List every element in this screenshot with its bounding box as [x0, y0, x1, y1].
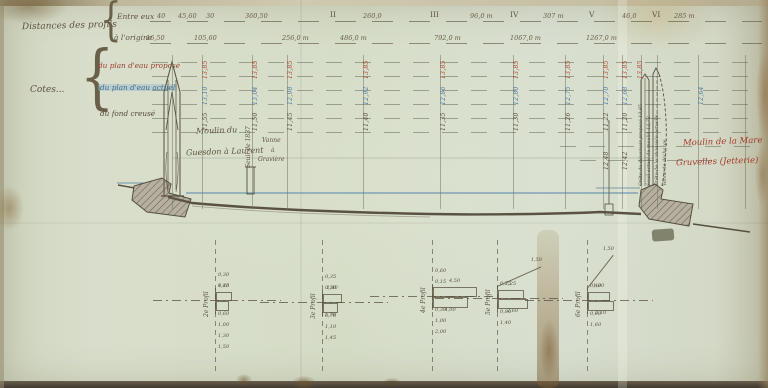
station-cote-proposed: 13,85: [638, 60, 644, 79]
right-tower-annotation: Seuil actuel du moulin 12,72: [648, 116, 653, 186]
distance-value-entre-eux: 307 m: [543, 13, 564, 20]
distance-value-entre-eux: 30: [206, 13, 214, 20]
sluice-label-line3: Gravière: [258, 157, 285, 163]
section-depth-value: 0,60: [218, 312, 229, 317]
section-channel-top: [323, 294, 342, 303]
left-weir-masonry: [132, 178, 191, 217]
right-tower-annotation: Crête de la chaussée actuelle: [656, 114, 661, 186]
station-cote-bottom: 11,50: [253, 112, 259, 131]
station-cote-proposed: 13,85: [253, 60, 259, 79]
station-cote-proposed: 13,85: [604, 60, 610, 79]
section-embankment-value: 1,50: [531, 258, 542, 263]
station-cote-bottom: 11,55: [203, 112, 209, 131]
station-cote-sill: 12,48: [604, 151, 610, 170]
station-cote-current: 12,64: [699, 86, 705, 105]
section-channel-top: [588, 292, 610, 301]
section-depth-value: 0,45: [218, 284, 229, 289]
ordinate-line: [745, 55, 746, 209]
station-cote-proposed: 13,85: [623, 60, 629, 79]
station-cote-current: 12,80: [514, 86, 520, 105]
station-cote-bottom: 11,30: [514, 112, 520, 131]
section-depth-value: 1,30: [218, 334, 229, 339]
section-channel-top: [433, 287, 477, 297]
distance-value-entre-eux: 40: [157, 13, 165, 20]
distance-value-entre-eux: III: [430, 11, 439, 19]
riverbed-line: [168, 197, 641, 214]
section-channel-top: [216, 292, 232, 301]
station-cote-bottom: 11,20: [623, 112, 629, 131]
section-depth-value: 2,00: [435, 330, 446, 335]
section-depth-value: 0,15: [435, 280, 446, 285]
mid-gauge-post: [245, 167, 256, 194]
section-depth-value: 1,60: [590, 323, 601, 328]
section-label: 3e Profil: [311, 293, 317, 319]
station-cote-sill: 12,42: [623, 151, 629, 170]
ordinate-line: [172, 55, 173, 209]
distance-value-entre-eux: 260,0: [363, 13, 382, 20]
station-cote-proposed: 13,85: [203, 60, 209, 79]
right-tower-annotation: Crête du déversoir proposé 13,85: [640, 104, 645, 186]
distance-value-entre-eux: 96,0 m: [470, 13, 493, 20]
section-label: 6e Profil: [576, 291, 582, 317]
station-cote-bottom: 11,26: [566, 112, 572, 131]
section-embankment-value: 1,50: [603, 247, 614, 252]
station-cote-current: 12,68: [623, 86, 629, 105]
right-tower-annotation: Vanne de décharge: [664, 139, 669, 186]
section-label: 4e Profil: [421, 287, 427, 313]
station-cote-current: 12,98: [288, 86, 294, 105]
section-depth-value: 0,70: [325, 314, 336, 319]
section-depth-value: 1,50: [218, 345, 229, 350]
station-cote-current: 13,10: [203, 86, 209, 105]
scanned-profile-drawing: Distances des profils { Entre eux à l'or…: [0, 0, 768, 388]
station-cote-current: 13,04: [253, 86, 259, 105]
section-depth-value: 1,00: [435, 319, 446, 324]
section-depth-value: 1,45: [325, 336, 336, 341]
station-cote-proposed: 13,85: [514, 60, 520, 79]
distance-value-origine: 792,0 m: [434, 35, 461, 42]
distance-value-entre-eux: VI: [652, 11, 660, 19]
section-label: 2e Profil: [204, 291, 210, 317]
section-width-value: 4,50: [449, 279, 460, 284]
section-depth-value: 0,90: [590, 312, 601, 317]
distance-value-origine: 486,0 m: [340, 35, 367, 42]
station-cote-current: 12,75: [566, 86, 572, 105]
station-cote-bottom: 11,40: [364, 112, 370, 131]
section-channel-top: [498, 290, 524, 299]
distance-value-entre-eux: 360,50: [245, 13, 268, 20]
station-cote-current: 12,86: [441, 86, 447, 105]
station-cote-bottom: 11,22: [604, 112, 610, 131]
distance-value-origine: 256,0 m: [282, 35, 309, 42]
station-cote-proposed: 13,85: [566, 60, 572, 79]
sluice-label-line2: à: [271, 148, 275, 154]
right-weir-masonry: [639, 184, 693, 226]
distance-value-origine: 16,50: [146, 35, 165, 42]
sluice-label-line1: Vanne: [262, 138, 281, 144]
riverbed-downstream: [693, 224, 750, 232]
drawing-linework: [0, 0, 768, 388]
ordinate-line: [698, 55, 699, 209]
station-cote-bottom: 11,35: [441, 112, 447, 131]
station-cote-current: 12,92: [364, 86, 370, 105]
distance-value-entre-eux: IV: [510, 11, 518, 19]
distance-value-entre-eux: 45,60: [178, 13, 197, 20]
section-depth-value: 1,00: [218, 323, 229, 328]
station-cote-proposed: 13,85: [364, 60, 370, 79]
section-depth-value: 0,80: [500, 310, 511, 315]
distance-value-origine: 1267,0 m: [586, 35, 617, 42]
section-depth-value: 0,40: [590, 284, 601, 289]
section-channel-bottom: [216, 301, 229, 311]
station-cote-current: 12,70: [604, 86, 610, 105]
section-depth-value: 1,10: [325, 325, 336, 330]
section-depth-value: 0,30: [218, 273, 229, 278]
distance-value-origine: 105,60: [194, 35, 217, 42]
distance-value-entre-eux: II: [330, 11, 336, 19]
section-depth-value: 0,60: [435, 269, 446, 274]
station-cote-bottom: 11,45: [288, 112, 294, 131]
section-width-value: 4,00: [445, 308, 456, 313]
station-cote-proposed: 13,85: [441, 60, 447, 79]
section-depth-value: 0,50: [325, 286, 336, 291]
distance-value-entre-eux: V: [589, 11, 594, 19]
distance-value-entre-eux: 285 m: [674, 13, 695, 20]
section-depth-value: 1,40: [500, 321, 511, 326]
distance-value-entre-eux: 46,0: [622, 13, 636, 20]
distance-value-origine: 1067,0 m: [510, 35, 541, 42]
station-cote-proposed: 13,85: [288, 60, 294, 79]
section-depth-value: 0,30: [435, 308, 446, 313]
section-depth-value: 0,35: [325, 275, 336, 280]
section-label: 5e Profil: [486, 289, 492, 315]
